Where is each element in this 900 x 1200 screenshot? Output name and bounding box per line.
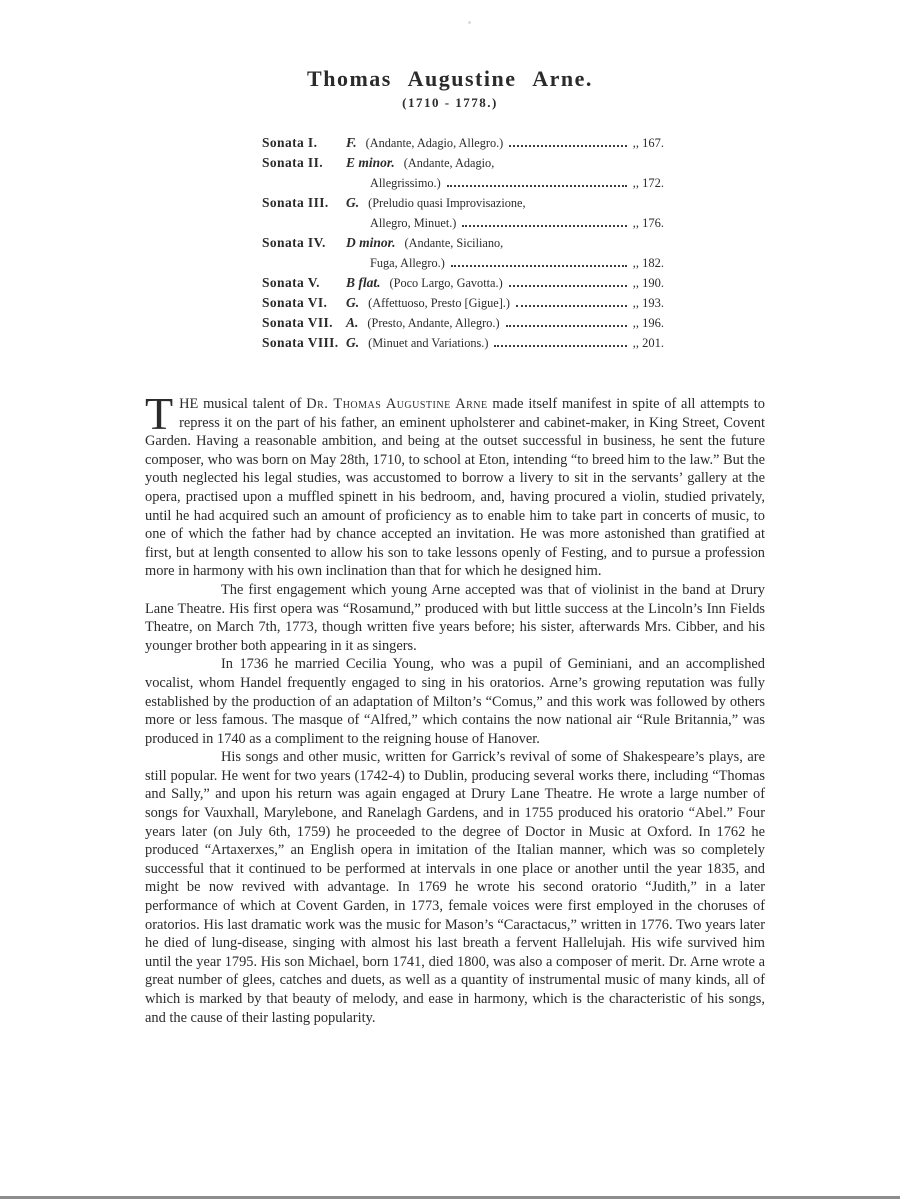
sonata-entry: Sonata III. G. (Preludio quasi Improvisa…: [262, 193, 664, 213]
dotted-leader: [506, 325, 627, 327]
scanned-document-page: Thomas Augustine Arne. (1710 - 1778.) So…: [0, 0, 900, 1200]
sonata-key: D minor.: [346, 233, 396, 253]
sonata-page-number: ,, 201.: [633, 333, 664, 353]
sonata-key: G.: [346, 293, 359, 313]
sonata-entry-continuation: Fuga, Allegro.) ,, 182.: [262, 253, 664, 273]
composer-dates: (1710 - 1778.): [0, 95, 900, 111]
dotted-leader: [516, 305, 627, 307]
sonata-key: E minor.: [346, 153, 395, 173]
sonata-name: Sonata VIII.: [262, 333, 346, 353]
sonata-key: F.: [346, 133, 357, 153]
sonata-page-number: ,, 193.: [633, 293, 664, 313]
sonata-entry: Sonata VII. A. (Presto, Andante, Allegro…: [262, 313, 664, 333]
sonata-name: Sonata IV.: [262, 233, 346, 253]
sonata-entry: Sonata V. B flat. (Poco Largo, Gavotta.)…: [262, 273, 664, 293]
sonata-movements: (Affettuoso, Presto [Gigue].): [368, 293, 510, 313]
sonata-movements: (Andante, Siciliano,: [405, 233, 504, 253]
drop-cap: T: [145, 395, 179, 431]
scan-edge-bar: [0, 1196, 900, 1199]
biography-paragraph-4: His songs and other music, written for G…: [145, 748, 765, 1027]
sonata-key: B flat.: [346, 273, 381, 293]
composer-name-smallcaps: Dr. Thomas Augustine Arne: [306, 396, 487, 412]
sonata-movements-continued: Fuga, Allegro.): [370, 253, 445, 273]
dotted-leader: [494, 345, 626, 347]
sonata-movements: (Andante, Adagio,: [404, 153, 495, 173]
sonata-movements: (Presto, Andante, Allegro.): [367, 313, 499, 333]
sonata-movements: (Minuet and Variations.): [368, 333, 488, 353]
intro-lead-text: HE musical talent of: [179, 396, 306, 412]
dotted-leader: [509, 285, 627, 287]
sonata-entry: Sonata I. F. (Andante, Adagio, Allegro.)…: [262, 133, 664, 153]
sonata-entry-continuation: Allegrissimo.) ,, 172.: [262, 173, 664, 193]
sonata-page-number: ,, 172.: [633, 173, 664, 193]
intro-rest-text: made itself manifest in spite of all att…: [145, 396, 765, 579]
sonata-page-number: ,, 176.: [633, 213, 664, 233]
biography-paragraph-2: The first engagement which young Arne ac…: [145, 581, 765, 655]
sonata-page-number: ,, 196.: [633, 313, 664, 333]
page-title: Thomas Augustine Arne.: [0, 66, 900, 92]
sonata-key: G.: [346, 193, 359, 213]
biography-paragraph-1: THE musical talent of Dr. Thomas Augusti…: [145, 395, 765, 581]
biography-paragraph-3: In 1736 he married Cecilia Young, who wa…: [145, 655, 765, 748]
sonata-movements: (Preludio quasi Improvisazione,: [368, 193, 525, 213]
sonata-entry: Sonata IV. D minor. (Andante, Siciliano,: [262, 233, 664, 253]
sonata-key: G.: [346, 333, 359, 353]
dotted-leader: [447, 185, 627, 187]
sonata-entry: Sonata VI. G. (Affettuoso, Presto [Gigue…: [262, 293, 664, 313]
sonata-entry: Sonata VIII. G. (Minuet and Variations.)…: [262, 333, 664, 353]
dotted-leader: [462, 225, 626, 227]
sonata-entry: Sonata II. E minor. (Andante, Adagio,: [262, 153, 664, 173]
sonata-name: Sonata III.: [262, 193, 346, 213]
sonata-page-number: ,, 182.: [633, 253, 664, 273]
sonata-name: Sonata VII.: [262, 313, 346, 333]
sonata-entry-continuation: Allegro, Minuet.) ,, 176.: [262, 213, 664, 233]
sonata-movements-continued: Allegrissimo.): [370, 173, 441, 193]
biography-text: THE musical talent of Dr. Thomas Augusti…: [145, 395, 765, 1027]
sonata-index-list: Sonata I. F. (Andante, Adagio, Allegro.)…: [262, 133, 664, 353]
dotted-leader: [509, 145, 626, 147]
sonata-name: Sonata I.: [262, 133, 346, 153]
sonata-name: Sonata V.: [262, 273, 346, 293]
sonata-page-number: ,, 190.: [633, 273, 664, 293]
sonata-movements: (Poco Largo, Gavotta.): [390, 273, 503, 293]
sonata-name: Sonata VI.: [262, 293, 346, 313]
dotted-leader: [451, 265, 627, 267]
sonata-name: Sonata II.: [262, 153, 346, 173]
sonata-key: A.: [346, 313, 358, 333]
sonata-page-number: ,, 167.: [633, 133, 664, 153]
sonata-movements-continued: Allegro, Minuet.): [370, 213, 456, 233]
sonata-movements: (Andante, Adagio, Allegro.): [366, 133, 504, 153]
scan-speck: [468, 21, 471, 24]
